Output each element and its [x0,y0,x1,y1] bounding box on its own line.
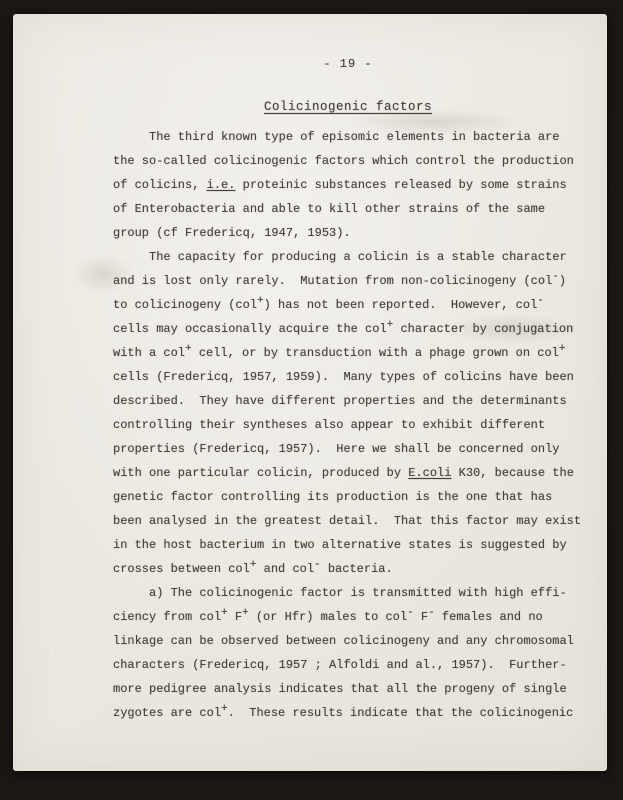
superscript-text: + [221,607,228,619]
document-body: The third known type of episomic element… [113,125,598,725]
typed-line: characters (Fredericq, 1957 ; Alfoldi an… [113,653,598,677]
typed-line: properties (Fredericq, 1957). Here we sh… [113,437,598,461]
superscript-text: + [221,703,228,715]
typed-line: with one particular colicin, produced by… [113,461,598,485]
superscript-text: + [257,295,264,307]
typed-line: to colicinogeny (col+) has not been repo… [113,293,598,317]
superscript-text: + [242,607,249,619]
typed-line: with a col+ cell, or by transduction wit… [113,341,598,365]
typed-line: zygotes are col+. These results indicate… [113,701,598,725]
typed-line: of colicins, i.e. proteinic substances r… [113,173,598,197]
typed-line: the so-called colicinogenic factors whic… [113,149,598,173]
typed-line: controlling their syntheses also appear … [113,413,598,437]
superscript-text: - [552,271,559,283]
superscript-text: - [537,295,544,307]
page-number: - 19 - [113,57,583,71]
underlined-text: i.e. [207,178,236,192]
typed-line: of Enterobacteria and able to kill other… [113,197,598,221]
superscript-text: + [559,343,566,355]
typed-line: genetic factor controlling its productio… [113,485,598,509]
typed-line: been analysed in the greatest detail. Th… [113,509,598,533]
scan-background: - 19 - Colicinogenic factors The third k… [0,0,623,800]
typed-line: crosses between col+ and col- bacteria. [113,557,598,581]
document-title: Colicinogenic factors [113,100,583,114]
superscript-text: - [428,607,435,619]
typed-line: in the host bacterium in two alternative… [113,533,598,557]
typed-line: The capacity for producing a colicin is … [113,245,598,269]
superscript-text: + [250,559,257,571]
typed-line: and is lost only rarely. Mutation from n… [113,269,598,293]
superscript-text: - [407,607,414,619]
typed-line: ciency from col+ F+ (or Hfr) males to co… [113,605,598,629]
typed-line: a) The colicinogenic factor is transmitt… [113,581,598,605]
typed-line: cells (Fredericq, 1957, 1959). Many type… [113,365,598,389]
typed-line: cells may occasionally acquire the col+ … [113,317,598,341]
superscript-text: + [387,319,394,331]
underlined-text: E.coli [408,466,451,480]
superscript-text: + [185,343,192,355]
document-page: - 19 - Colicinogenic factors The third k… [13,14,607,771]
typed-line: linkage can be observed between colicino… [113,629,598,653]
typed-line: described. They have different propertie… [113,389,598,413]
typed-line: The third known type of episomic element… [113,125,598,149]
typed-line: group (cf Fredericq, 1947, 1953). [113,221,598,245]
superscript-text: - [314,559,321,571]
typed-line: more pedigree analysis indicates that al… [113,677,598,701]
